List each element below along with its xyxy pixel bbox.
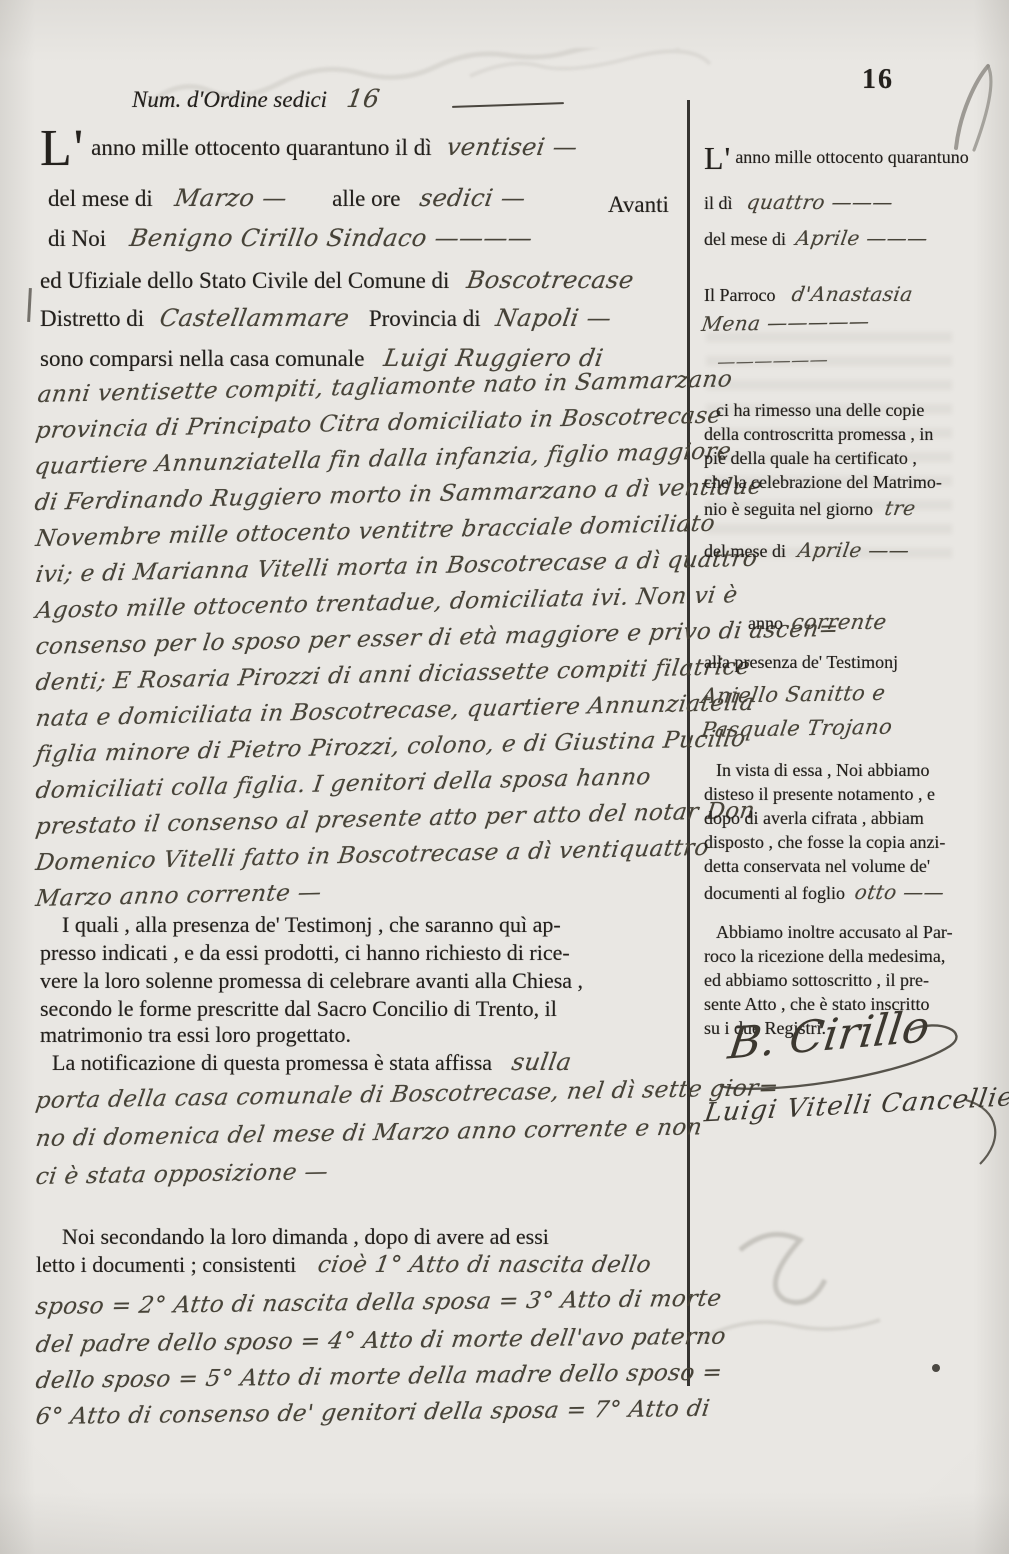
right-line-month2: del mese di Aprile ——: [704, 538, 910, 562]
handwritten-line: denti; E Rosaria Pirozzi di anni diciass…: [34, 654, 752, 696]
printed-paragraph-line: nio è seguita nel giorno tre: [704, 496, 916, 520]
right-line-parish-priest: Il Parroco d'Anastasia: [704, 282, 913, 306]
handwritten-line: figlia minore di Pietro Pirozzi, colono,…: [34, 726, 747, 768]
handwritten-fill-month: Marzo —: [172, 184, 288, 212]
printed-paragraph-line: piè della quale ha certificato ,: [704, 448, 917, 469]
printed-paragraph-line: vere la loro solenne promessa di celebra…: [40, 968, 583, 994]
printed-text: Il Parroco: [704, 285, 775, 305]
handwritten-line: di Ferdinando Ruggiero morto in Sammarza…: [33, 474, 764, 516]
handwritten-line: Mena —————: [700, 309, 871, 336]
handwritten-line: ci è stata opposizione —: [34, 1159, 330, 1190]
right-line-anno: anno corrente: [748, 610, 886, 634]
printed-text: anno: [748, 613, 783, 633]
printed-paragraph-line: ci ha rimesso una delle copie: [716, 400, 924, 421]
handwritten-fill-province: Napoli —: [494, 304, 614, 332]
form-line-official: di Noi Benigno Cirillo Sindaco ————: [40, 224, 532, 252]
printed-text: Distretto di: [40, 306, 144, 331]
witness-name: Pasquale Trojano: [700, 715, 894, 742]
notification-line: La notificazione di questa promessa è st…: [52, 1048, 571, 1076]
handwritten-line: provincia di Principato Citra domiciliat…: [34, 402, 723, 444]
printed-text: del mese di: [704, 229, 786, 249]
handwritten-line: Agosto mille ottocento trentadue, domici…: [34, 582, 739, 624]
handwritten-fill-comune: Boscotrecase: [465, 266, 636, 294]
right-line-month: del mese di Aprile ———: [704, 226, 928, 250]
printed-paragraph-line: Abbiamo inoltre accusato al Par-: [716, 922, 953, 943]
printed-paragraph-line: disposto , che fosse la copia anzi-: [704, 832, 945, 853]
printed-paragraph-line: In vista di essa , Noi abbiamo: [716, 760, 929, 781]
pen-dash-line: ——————: [716, 350, 830, 373]
printed-paragraph-line: roco la ricezione della medesima,: [704, 946, 945, 967]
printed-text: ed Ufiziale dello Stato Civile del Comun…: [40, 268, 449, 293]
handwritten-line: dello sposo = 5° Atto di morte della mad…: [34, 1360, 724, 1394]
registry-page: Num. d'Ordine sedici 16 16 L'anno mille …: [0, 0, 1009, 1554]
handwritten-line: no di domenica del mese di Marzo anno co…: [34, 1114, 704, 1152]
ink-mark: [27, 288, 32, 322]
handwritten-line: sposo = 2° Atto di nascita della sposa =…: [34, 1286, 723, 1320]
printed-text: di Noi: [48, 226, 106, 251]
handwritten-line: Novembre mille ottocento ventitre bracci…: [34, 511, 717, 552]
handwritten-line: domiciliati colla figlia. I genitori del…: [34, 764, 653, 804]
handwritten-line: prestato il consenso al presente atto pe…: [34, 798, 757, 840]
handwritten-fill-folio: otto ——: [854, 880, 947, 904]
handwritten-fill-parish: d'Anastasia: [790, 282, 915, 306]
handwritten-fill-sulla: sulla: [509, 1048, 573, 1076]
drop-cap: L': [704, 140, 731, 176]
signature-clerk-flourish: [960, 1090, 1009, 1170]
printed-paragraph-line: che la celebrazione del Matrimo-: [704, 472, 942, 493]
form-line-month-hour: del mese di Marzo — alle ore sedici — Av…: [40, 184, 680, 212]
printed-text-avanti: Avanti: [608, 192, 669, 218]
bleedthrough-script-bottom: [680, 1190, 980, 1420]
handwritten-fill-month2: Aprile ——: [797, 538, 912, 562]
printed-text: anno mille ottocento quarantuno il dì: [91, 135, 431, 160]
form-line-district: Distretto di Castellammare Provincia di …: [40, 304, 612, 332]
handwritten-fill-district: Castellammare: [158, 304, 352, 332]
handwritten-documents-start: cioè 1° Atto di nascita dello: [316, 1252, 653, 1278]
handwritten-line: nata e domiciliata in Boscotrecase, quar…: [34, 690, 756, 732]
printed-paragraph-line: detta conservata nel volume de': [704, 856, 930, 877]
printed-paragraph-line: disteso il presente notamento , e: [704, 784, 935, 805]
handwritten-line: quartiere Annunziatella fin dalla infanz…: [33, 438, 733, 480]
printed-text: il dì: [704, 193, 733, 213]
printed-text: del mese di: [704, 541, 786, 561]
printed-paragraph-line: Noi secondando la loro dimanda , dopo di…: [62, 1224, 549, 1250]
handwritten-line: ivi; e di Marianna Vitelli morta in Bosc…: [34, 546, 759, 588]
printed-paragraph-line: secondo le forme prescritte dal Sacro Co…: [40, 996, 557, 1022]
handwritten-fill-hour: sedici —: [418, 184, 528, 212]
printed-paragraph-line: presso indicati , e da essi prodotti, ci…: [40, 940, 570, 966]
handwritten-fill-anno: corrente: [790, 610, 888, 634]
printed-paragraph-line: della controscritta promessa , in: [704, 424, 933, 445]
handwritten-line: anni ventisette compiti, tagliamonte nat…: [36, 366, 734, 408]
witness-heading: alla presenza de' Testimonj: [704, 652, 898, 673]
printed-text: anno mille ottocento quarantuno: [735, 147, 968, 167]
handwritten-line: Domenico Vitelli fatto in Boscotrecase a…: [34, 835, 711, 876]
form-line-comune: ed Ufiziale dello Stato Civile del Comun…: [40, 266, 634, 294]
witness-name: Aniello Sanitto e: [700, 681, 887, 708]
handwritten-fill-day: ventisei —: [445, 133, 580, 161]
ink-dot: [932, 1364, 940, 1372]
printed-text: nio è seguita nel giorno: [704, 499, 873, 519]
printed-paragraph-line: I quali , alla presenza de' Testimonj , …: [62, 912, 561, 938]
handwritten-line: del padre dello sposo = 4° Atto di morte…: [34, 1324, 728, 1358]
printed-text: alle ore: [332, 186, 400, 211]
printed-text: letto i documenti ; consistenti: [36, 1252, 296, 1277]
order-number-handwritten: 16: [345, 84, 382, 113]
drop-cap: L': [40, 120, 85, 177]
form-line-appeared: sono comparsi nella casa comunale Luigi …: [40, 344, 603, 372]
printed-text: sono comparsi nella casa comunale: [40, 346, 364, 371]
handwritten-fill-month: Aprile ———: [795, 226, 931, 250]
handwritten-line: 6° Atto di consenso de' genitori della s…: [34, 1396, 712, 1430]
right-line-year: L'anno mille ottocento quarantuno: [704, 146, 969, 172]
order-number-label: Num. d'Ordine sedici: [132, 87, 327, 112]
handwritten-fill-wedding-day: tre: [884, 496, 918, 520]
handwritten-line: porta della casa comunale di Boscotrecas…: [34, 1075, 780, 1114]
handwritten-fill-day: quattro ———: [745, 190, 895, 214]
handwritten-line: Marzo anno corrente —: [34, 880, 323, 912]
order-number-header: Num. d'Ordine sedici 16: [132, 84, 379, 113]
printed-text: La notificazione di questa promessa è st…: [52, 1050, 492, 1075]
form-line-year: L'anno mille ottocento quarantuno il dì …: [40, 128, 578, 170]
right-line-day: il dì quattro ———: [704, 190, 893, 214]
handwritten-fill-groom: Luigi Ruggiero di: [382, 344, 606, 372]
page-number: 16: [862, 64, 894, 96]
printed-text: documenti al foglio: [704, 883, 845, 903]
printed-text: del mese di: [48, 186, 153, 211]
printed-paragraph-line: ed abbiamo sottoscritto , il pre-: [704, 970, 929, 991]
handwritten-fill-mayor: Benigno Cirillo Sindaco ————: [128, 224, 535, 252]
printed-text: Provincia di: [369, 306, 481, 331]
printed-paragraph-line: dopo di averla cifrata , abbiam: [704, 808, 924, 829]
documents-line: letto i documenti ; consistenti cioè 1° …: [36, 1252, 651, 1278]
printed-paragraph-line: matrimonio tra essi loro progettato.: [40, 1022, 351, 1048]
printed-paragraph-line: documenti al foglio otto ——: [704, 880, 945, 904]
